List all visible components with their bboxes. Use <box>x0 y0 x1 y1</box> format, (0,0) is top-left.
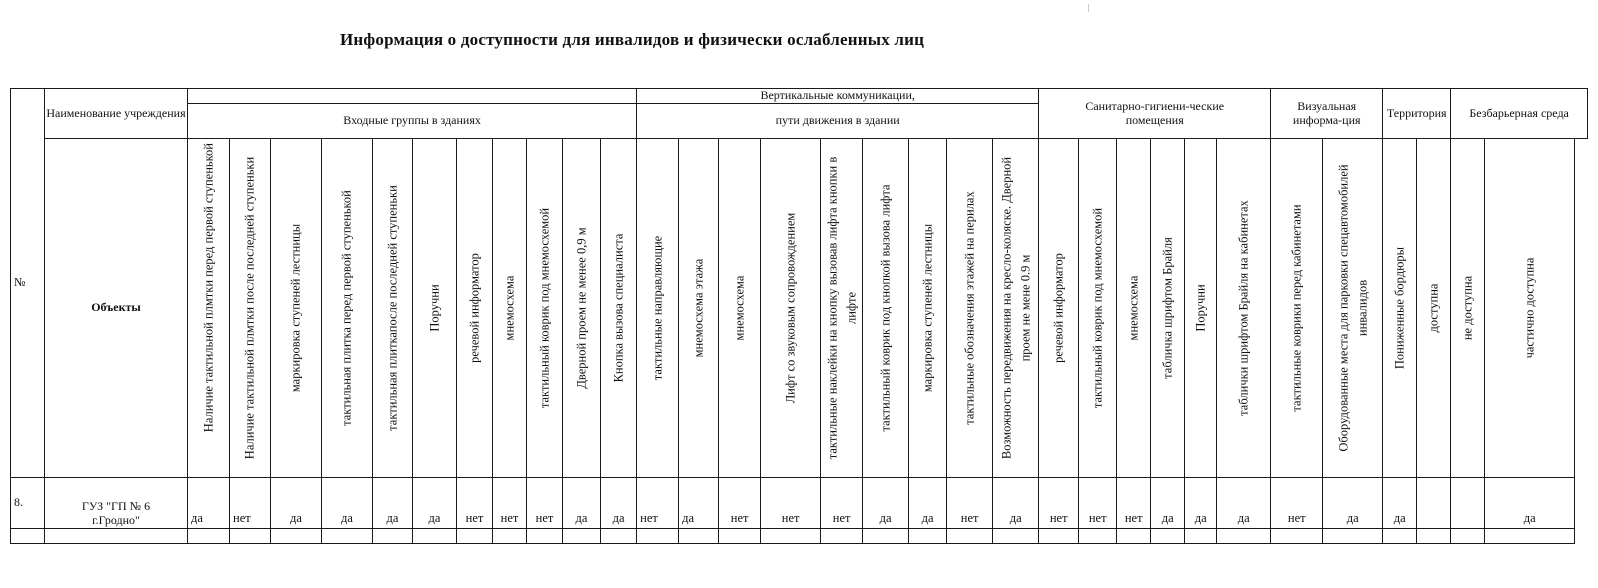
value-cell: нет <box>230 478 271 529</box>
column-header-label: тактильная плиткапосле последней ступень… <box>383 143 402 473</box>
column-header-label: маркировка ступеней лестницы <box>918 143 937 473</box>
empty-cell <box>1151 529 1185 544</box>
empty-cell <box>322 529 373 544</box>
empty-cell <box>1271 529 1323 544</box>
empty-cell <box>1451 529 1485 544</box>
value-cell: нет <box>1271 478 1323 529</box>
empty-cell <box>45 529 188 544</box>
column-header-label: тактильные коврики перед кабинетами <box>1287 143 1306 473</box>
column-header-label: Поручни <box>1191 143 1210 473</box>
value-label: да <box>1485 511 1574 528</box>
column-header-label: табличка шрифтом Брайля <box>1158 143 1177 473</box>
value-label: да <box>1383 511 1416 528</box>
value-cell: нет <box>1079 478 1117 529</box>
value-label: нет <box>457 511 492 528</box>
empty-cell <box>1117 529 1151 544</box>
value-cell: да <box>601 478 637 529</box>
empty-cell <box>493 529 527 544</box>
column-header-label: мнемосхема этажа <box>689 143 708 473</box>
empty-cell <box>1079 529 1117 544</box>
column-header-label: мнемосхема <box>1124 143 1143 473</box>
value-label: да <box>679 511 718 528</box>
entrance-group-top <box>188 89 637 104</box>
empty-cell <box>821 529 863 544</box>
empty-cell <box>601 529 637 544</box>
value-label: нет <box>637 511 678 528</box>
value-label: нет <box>947 511 992 528</box>
column-header: Возможность передвижения на кресло-коляс… <box>993 139 1039 478</box>
column-header: тактильные коврики перед кабинетами <box>1271 139 1323 478</box>
column-header-label: маркировка ступеней лестницы <box>287 143 306 473</box>
column-header-label: тактильный коврик под кнопкой вызова лиф… <box>876 143 895 473</box>
column-header: тактильные направляющие <box>637 139 679 478</box>
org-name-line1: ГУЗ "ГП № 6 <box>45 500 187 514</box>
column-header: частично доступна <box>1485 139 1575 478</box>
empty-cell <box>909 529 947 544</box>
empty-cell <box>1039 529 1079 544</box>
column-header: Поручни <box>1185 139 1217 478</box>
column-header: речевой информатор <box>457 139 493 478</box>
column-header-label: мнемосхема <box>500 143 519 473</box>
empty-cell <box>637 529 679 544</box>
value-label: нет <box>1079 511 1116 528</box>
value-label: да <box>271 511 321 528</box>
value-label: да <box>993 511 1038 528</box>
value-cell: да <box>413 478 457 529</box>
empty-cell <box>993 529 1039 544</box>
value-label: да <box>601 511 636 528</box>
column-header-label: таблички шрифтом Брайля на кабинетах <box>1234 143 1253 473</box>
value-label: да <box>188 511 229 528</box>
column-header-label: Пониженные бордюры <box>1390 143 1409 473</box>
empty-cell <box>1417 529 1451 544</box>
column-header: таблички шрифтом Брайля на кабинетах <box>1217 139 1271 478</box>
column-header-label: Наличие тактильной плмтки после последне… <box>241 143 260 473</box>
value-cell: нет <box>493 478 527 529</box>
column-header-label: речевой информатор <box>1049 143 1068 473</box>
column-header: мнемосхема этажа <box>679 139 719 478</box>
column-header: мнемосхема <box>493 139 527 478</box>
visual-group-header: Визуальная информа-ция <box>1271 89 1383 139</box>
value-label: нет <box>761 511 820 528</box>
document-title: Информация о доступности для инвалидов и… <box>340 30 924 50</box>
value-label: да <box>1151 511 1184 528</box>
empty-cell <box>188 529 230 544</box>
column-header: Поручни <box>413 139 457 478</box>
value-cell: нет <box>947 478 993 529</box>
column-header: тактильный коврик под мнемосхемой <box>527 139 563 478</box>
column-header: Наличие тактильной плмтки перед первой с… <box>188 139 230 478</box>
value-cell: да <box>373 478 413 529</box>
value-label: да <box>373 511 412 528</box>
empty-cell <box>1185 529 1217 544</box>
empty-cell <box>1217 529 1271 544</box>
empty-cell <box>1485 529 1575 544</box>
empty-cell <box>1383 529 1417 544</box>
value-cell: да <box>1485 478 1575 529</box>
empty-cell <box>11 529 45 544</box>
column-header-label: тактильная плитка перед первой ступенько… <box>338 143 357 473</box>
empty-cell <box>457 529 493 544</box>
empty-cell <box>863 529 909 544</box>
column-header: маркировка ступеней лестницы <box>271 139 322 478</box>
column-header-label: тактильные обозначения этажей на перилах <box>960 143 979 473</box>
value-label: нет <box>1039 511 1078 528</box>
column-header-label: речевой информатор <box>465 143 484 473</box>
barrier-free-group-header: Безбарьерная среда <box>1451 89 1588 139</box>
column-header: Оборудованные места для парковки спецавт… <box>1323 139 1383 478</box>
scan-mark <box>1088 4 1089 12</box>
column-header: мнемосхема <box>719 139 761 478</box>
value-label: да <box>863 511 908 528</box>
column-header: Кнопка вызова специалиста <box>601 139 637 478</box>
number-header: № <box>11 89 45 478</box>
value-cell: да <box>863 478 909 529</box>
column-header: тактильная плиткапосле последней ступень… <box>373 139 413 478</box>
value-label: нет <box>493 511 526 528</box>
empty-cell <box>563 529 601 544</box>
value-cell: да <box>271 478 322 529</box>
value-cell: нет <box>761 478 821 529</box>
value-label: нет <box>230 511 270 528</box>
column-header: не доступна <box>1451 139 1485 478</box>
value-label: да <box>413 511 456 528</box>
column-header-label: тактильные направляющие <box>648 143 667 473</box>
empty-cell <box>413 529 457 544</box>
empty-cell <box>947 529 993 544</box>
value-label: нет <box>1271 511 1322 528</box>
value-cell: да <box>1217 478 1271 529</box>
column-header-label: доступна <box>1424 143 1443 473</box>
column-header-label: тактильные наклейки на кнопку вызовав ли… <box>823 143 861 473</box>
column-header-label: частично доступна <box>1520 143 1539 473</box>
column-header: тактильная плитка перед первой ступенько… <box>322 139 373 478</box>
column-header-label: Дверной проем не менее 0,9 м <box>572 143 591 473</box>
value-label: нет <box>527 511 562 528</box>
column-header: табличка шрифтом Брайля <box>1151 139 1185 478</box>
column-header-label: Кнопка вызова специалиста <box>609 143 628 473</box>
empty-cell <box>761 529 821 544</box>
org-name-cell: ГУЗ "ГП № 6 г.Гродно" <box>45 478 188 529</box>
column-header-label: Наличие тактильной плмтки перед первой с… <box>199 143 218 473</box>
value-cell <box>1417 478 1451 529</box>
column-header: тактильные обозначения этажей на перилах <box>947 139 993 478</box>
value-cell: нет <box>1117 478 1151 529</box>
org-name-line2: г.Гродно" <box>45 514 187 528</box>
column-header: мнемосхема <box>1117 139 1151 478</box>
empty-cell <box>1323 529 1383 544</box>
value-cell: да <box>322 478 373 529</box>
column-header: тактильный коврик под кнопкой вызова лиф… <box>863 139 909 478</box>
empty-cell <box>373 529 413 544</box>
column-header-label: Возможность передвижения на кресло-коляс… <box>997 143 1035 473</box>
value-cell: да <box>188 478 230 529</box>
value-cell: нет <box>821 478 863 529</box>
value-cell: да <box>563 478 601 529</box>
column-header: маркировка ступеней лестницы <box>909 139 947 478</box>
vertical-group-header-top: Вертикальные коммуникации, <box>637 89 1039 104</box>
column-header-label: Поручни <box>425 143 444 473</box>
value-label: нет <box>821 511 862 528</box>
value-cell: да <box>909 478 947 529</box>
column-header-label: Оборудованные места для парковки спецавт… <box>1334 143 1372 473</box>
org-name-header: Наименование учреждения <box>45 89 188 139</box>
empty-cell <box>679 529 719 544</box>
column-header: тактильные наклейки на кнопку вызовав ли… <box>821 139 863 478</box>
sanitary-group-header: Санитарно-гигиени-ческие помещения <box>1039 89 1271 139</box>
value-cell <box>1451 478 1485 529</box>
value-label: нет <box>719 511 760 528</box>
column-header: доступна <box>1417 139 1451 478</box>
value-cell: да <box>1185 478 1217 529</box>
objects-header: Объекты <box>45 139 188 478</box>
vertical-group-header-bottom: пути движения в здании <box>637 104 1039 139</box>
entrance-group-header: Входные группы в зданиях <box>188 104 637 139</box>
column-header-label: Лифт со звуковым сопровождением <box>781 143 800 473</box>
value-label: да <box>909 511 946 528</box>
column-header: Пониженные бордюры <box>1383 139 1417 478</box>
empty-cell <box>230 529 271 544</box>
value-label: да <box>1185 511 1216 528</box>
value-cell: да <box>1383 478 1417 529</box>
empty-cell <box>527 529 563 544</box>
column-header-label: тактильный коврик под мнемосхемой <box>535 143 554 473</box>
column-header-label: мнемосхема <box>730 143 749 473</box>
column-header: Лифт со звуковым сопровождением <box>761 139 821 478</box>
value-label: да <box>1323 511 1382 528</box>
value-cell: нет <box>1039 478 1079 529</box>
empty-cell <box>271 529 322 544</box>
column-header-label: тактильный коврик под мнемосхемой <box>1088 143 1107 473</box>
value-cell: нет <box>457 478 493 529</box>
value-cell: да <box>1323 478 1383 529</box>
territory-group-header: Территория <box>1383 89 1451 139</box>
value-cell: нет <box>719 478 761 529</box>
column-header-label: не доступна <box>1458 143 1477 473</box>
column-header: Дверной проем не менее 0,9 м <box>563 139 601 478</box>
value-cell: нет <box>527 478 563 529</box>
column-header: речевой информатор <box>1039 139 1079 478</box>
value-cell: да <box>993 478 1039 529</box>
row-number: 8. <box>11 478 45 529</box>
value-cell: да <box>679 478 719 529</box>
value-label: да <box>1217 511 1270 528</box>
accessibility-table: № Наименование учреждения Вертикальные к… <box>10 88 1588 544</box>
value-label: да <box>563 511 600 528</box>
column-header: Наличие тактильной плмтки после последне… <box>230 139 271 478</box>
value-cell: да <box>1151 478 1185 529</box>
empty-cell <box>719 529 761 544</box>
value-label: да <box>322 511 372 528</box>
value-cell: нет <box>637 478 679 529</box>
column-header: тактильный коврик под мнемосхемой <box>1079 139 1117 478</box>
value-label: нет <box>1117 511 1150 528</box>
